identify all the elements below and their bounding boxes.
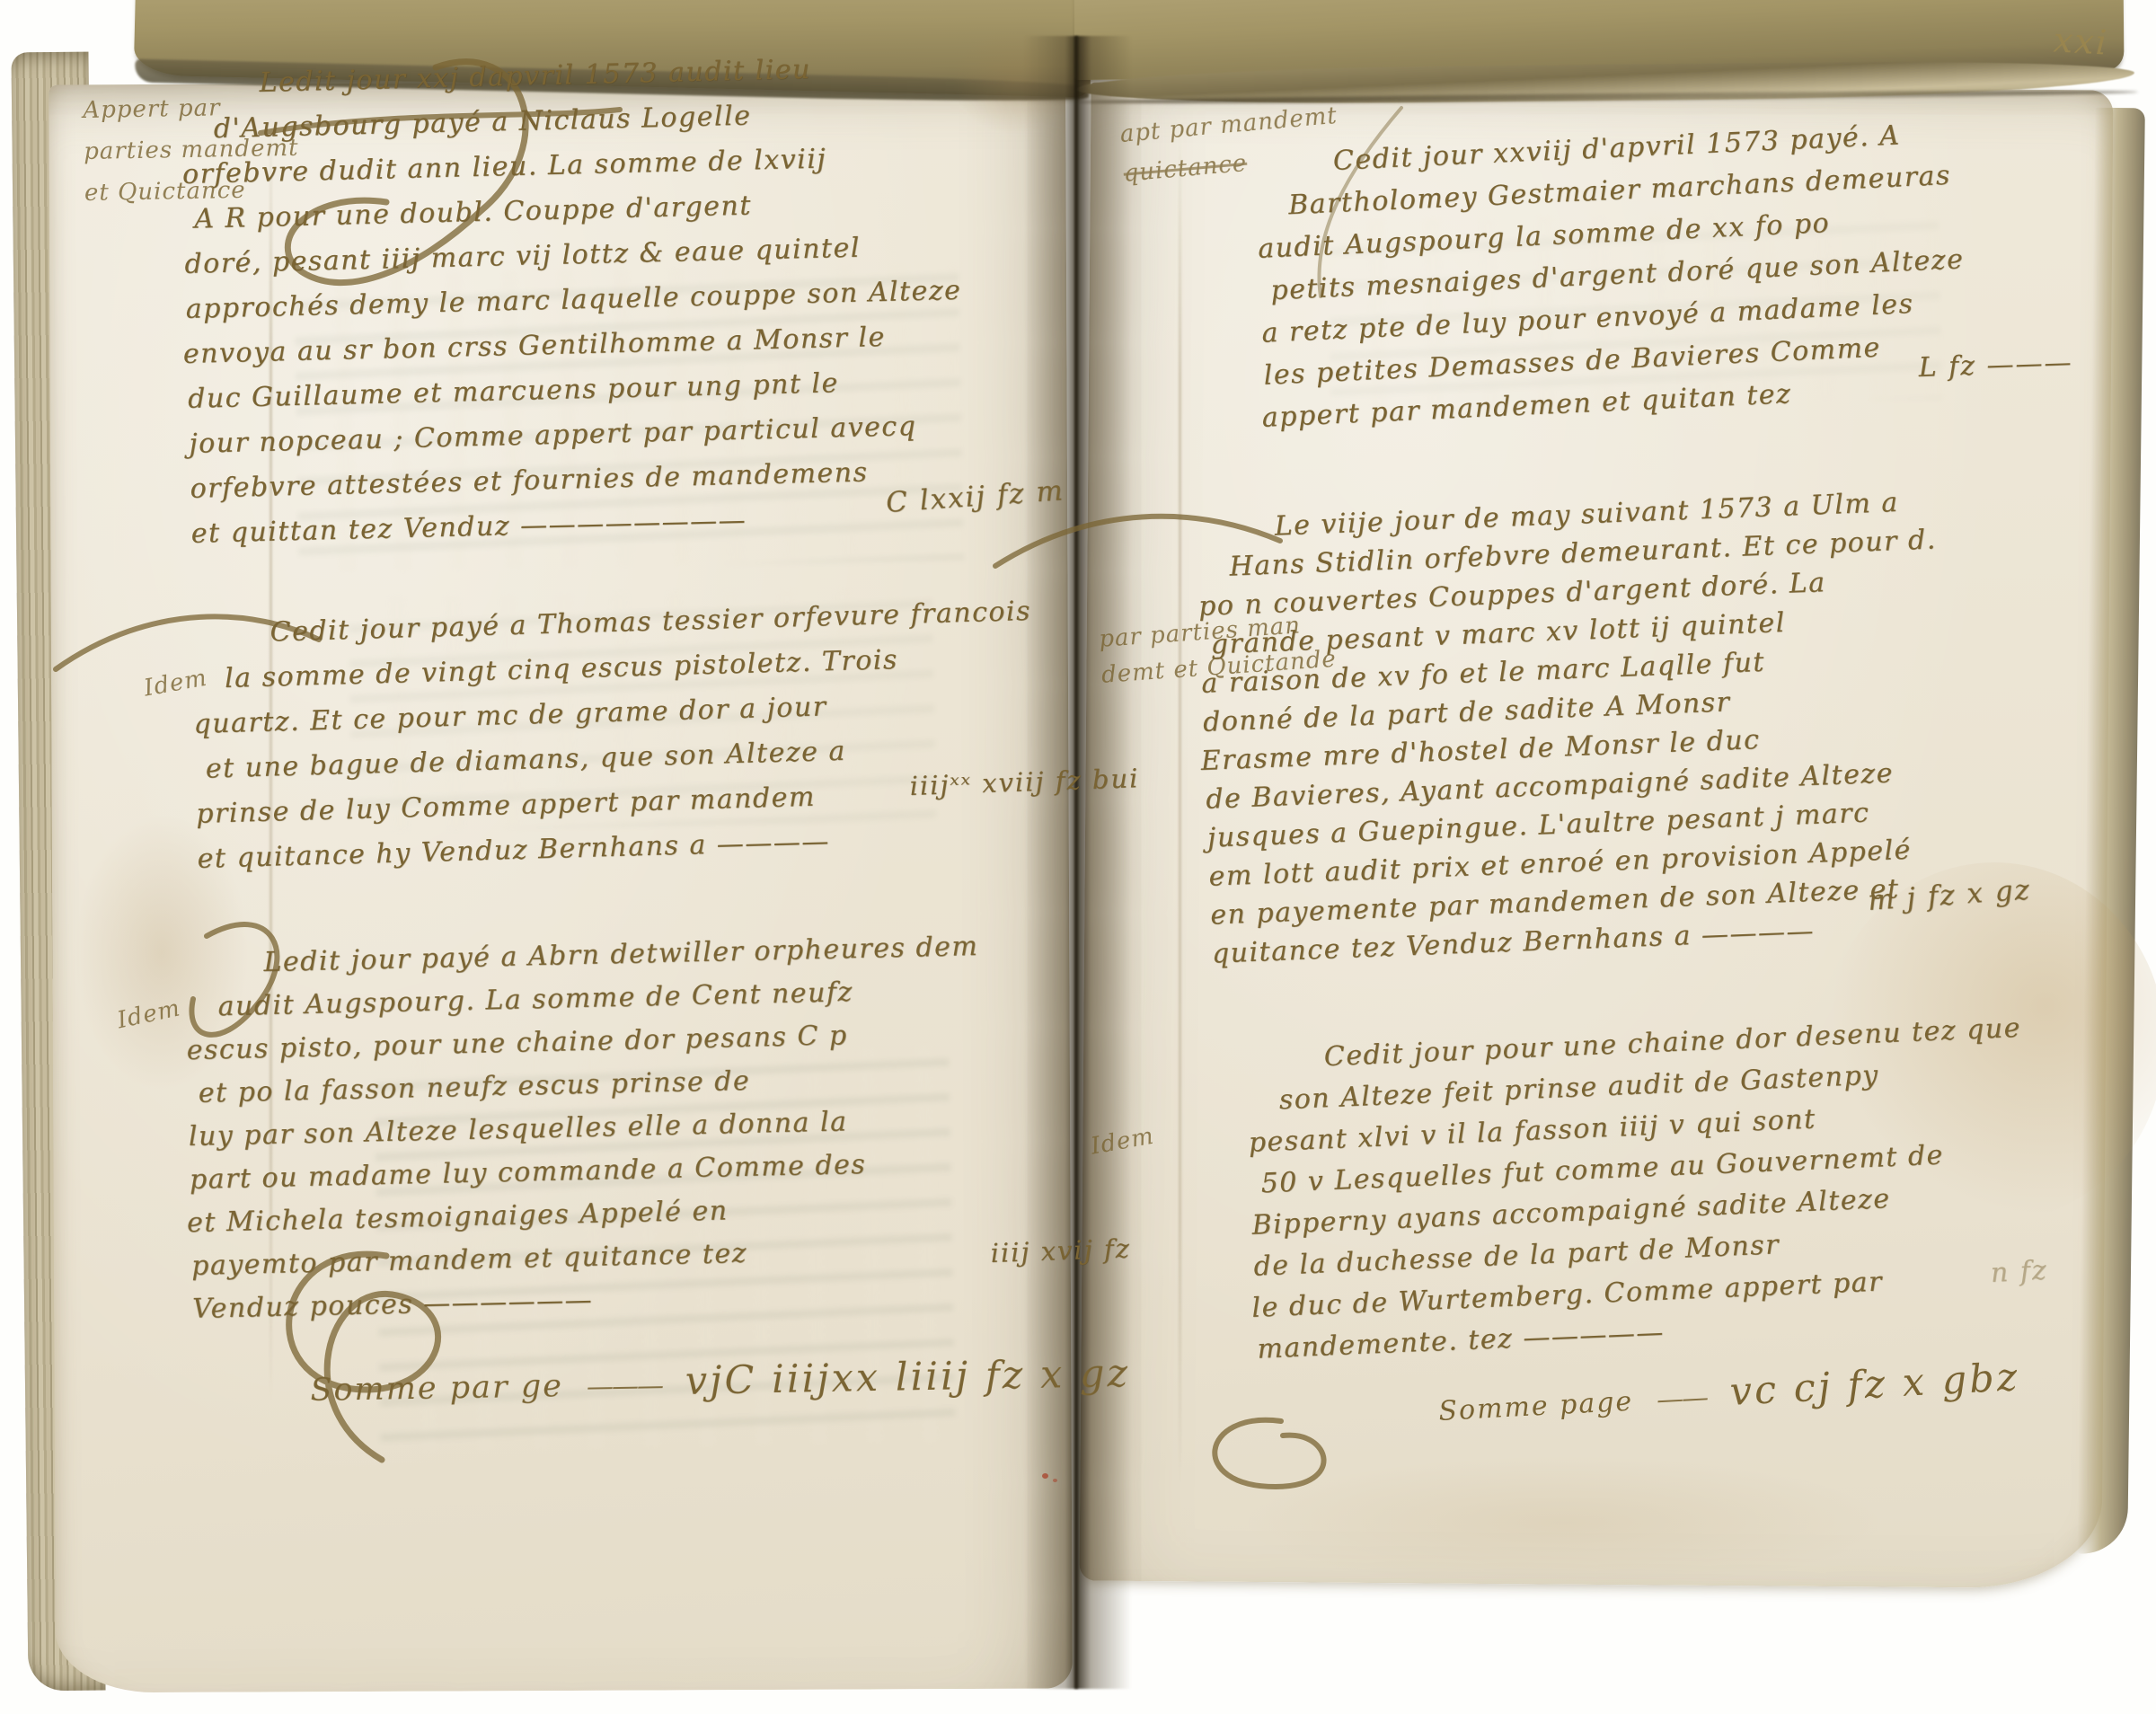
gutter-fold-line	[1074, 36, 1078, 1689]
folio-number: xxi	[2053, 20, 2109, 62]
manuscript-photo: xxi Appert parparties mandemtet Quictanc…	[0, 0, 2156, 1714]
gutter-shadow	[1024, 36, 1132, 1689]
page-total-value: vjC iiijxx liiij fz x gz	[685, 1351, 1130, 1404]
page-total-label: Somme par ge	[310, 1368, 563, 1409]
amount-annotation: L fz ———	[1918, 347, 2073, 384]
amount-annotation: iiij xvij fz	[990, 1233, 1131, 1268]
stain	[1240, 1455, 1886, 1590]
red-speck	[1042, 1473, 1048, 1479]
entry-paragraph-left-2: Cedit jour payé a Thomas tessier orfevur…	[190, 589, 1038, 882]
entry-paragraph-right-3: Cedit jour pour une chaine dor desenu te…	[1244, 1008, 2034, 1371]
stain	[952, 27, 1078, 135]
dash-flourish: ——	[1656, 1382, 1708, 1416]
fold-crease-right-page	[1179, 135, 1181, 1482]
entry-paragraph-left-3: Ledit jour payé a Abrn detwiller orpheur…	[184, 925, 987, 1331]
amount-annotation: n fz	[1990, 1255, 2049, 1289]
entry-paragraph-right-1: Cedit jour xxviij d'apvril 1573 payé. AB…	[1253, 111, 1971, 438]
entry-paragraph-left-1: Ledit jour xxj dapvril 1573 audit lieud'…	[180, 44, 968, 557]
red-speck	[1053, 1479, 1057, 1482]
page-total-label: Somme page	[1438, 1386, 1634, 1427]
dash-flourish: ———	[587, 1370, 663, 1402]
entry-paragraph-right-2: Le viije jour de may suivant 1573 a Ulm …	[1195, 482, 1952, 973]
